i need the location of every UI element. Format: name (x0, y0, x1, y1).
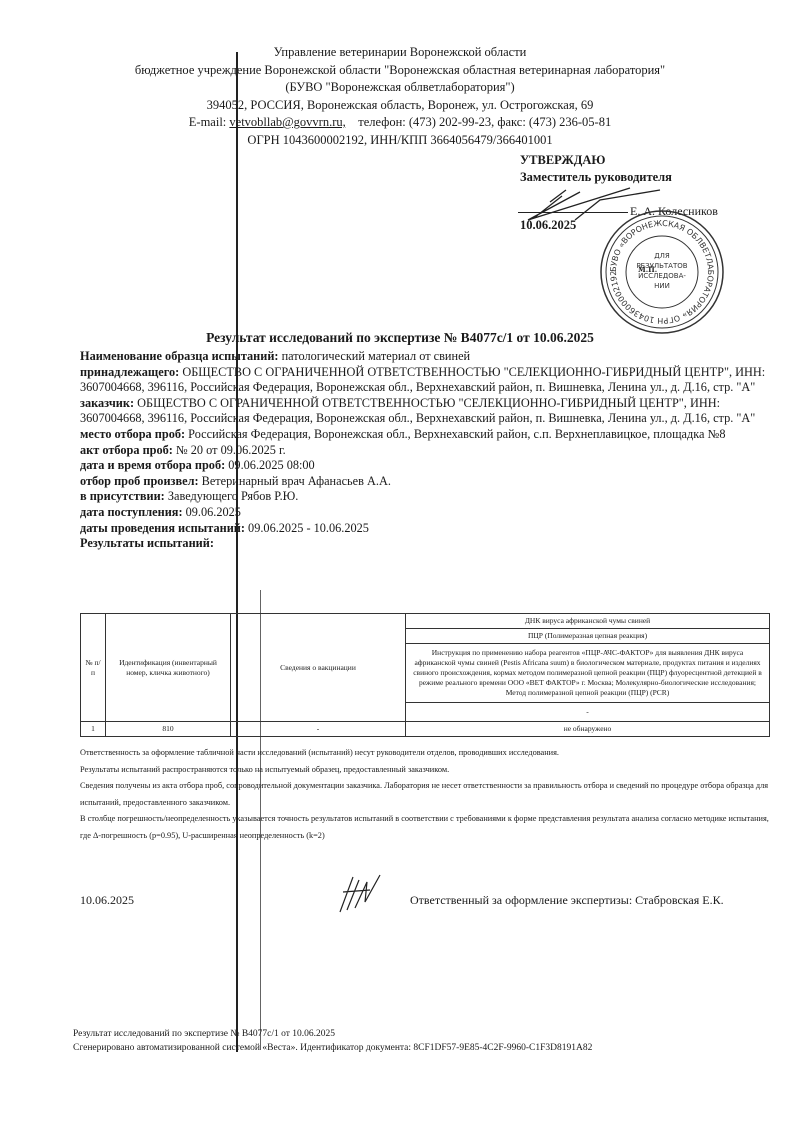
header-registration: ОГРН 1043600002192, ИНН/КПП 3664056479/3… (0, 132, 800, 150)
stamp-center-4: НИИ (654, 282, 670, 290)
scan-artifact-line (236, 52, 238, 1052)
document-footer: Результат исследований по экспертизе № В… (73, 1027, 592, 1055)
email-link[interactable]: vetvobllab@govvrn.ru, (229, 115, 345, 129)
cell-vaccination: - (231, 722, 406, 737)
table-row: 1 810 - не обнаружено (81, 722, 770, 737)
header-indicator: ДНК вируса африканской чумы свиней (406, 614, 770, 629)
cell-id: 810 (106, 722, 231, 737)
field-sampling-act: акт отбора проб: № 20 от 09.06.2025 г. (80, 443, 770, 459)
approval-date: 10.06.2025 (520, 218, 576, 233)
field-receipt-date: дата поступления: 09.06.2025 (80, 505, 770, 521)
cell-no: 1 (81, 722, 106, 737)
field-sampling-place: место отбора проб: Российская Федерация,… (80, 427, 770, 443)
results-table: № п/п Идентификация (инвентарный номер, … (80, 613, 770, 737)
field-sampled-by: отбор проб произвел: Ветеринарный врач А… (80, 474, 770, 490)
header-unit: - (406, 703, 770, 722)
email-label: E-mail: (189, 115, 227, 129)
footer-generated: Сгенерировано автоматизированной системо… (73, 1041, 592, 1055)
notes: Ответственность за оформление табличной … (80, 745, 770, 844)
field-test-dates: даты проведения испытаний: 09.06.2025 - … (80, 521, 770, 537)
field-customer: заказчик: ОБЩЕСТВО С ОГРАНИЧЕННОЙ ОТВЕТС… (80, 396, 770, 427)
field-sample-name: Наименование образца испытаний: патологи… (80, 349, 770, 365)
header-line-3: (БУВО "Воронежская облветлаборатория") (0, 79, 800, 97)
note-3: Сведения получены из акта отбора проб, с… (80, 778, 770, 811)
signoff-date: 10.06.2025 (80, 893, 134, 908)
header-no: № п/п (81, 614, 106, 722)
header-vaccination: Сведения о вакцинации (231, 614, 406, 722)
field-sampling-datetime: дата и время отбора проб: 09.06.2025 08:… (80, 458, 770, 474)
field-in-presence: в присутствии: Заведующего Рябов Р.Ю. (80, 489, 770, 505)
sample-details: Наименование образца испытаний: патологи… (80, 349, 770, 552)
letterhead: Управление ветеринарии Воронежской облас… (0, 44, 800, 149)
header-identification: Идентификация (инвентарный номер, кличка… (106, 614, 231, 722)
field-owner: принадлежащего: ОБЩЕСТВО С ОГРАНИЧЕННОЙ … (80, 365, 770, 396)
stamp-mp: М.П. (638, 265, 657, 274)
phones: телефон: (473) 202-99-23, факс: (473) 23… (358, 115, 611, 129)
note-4: В столбце погрешность/неопределенность у… (80, 811, 770, 844)
field-results-heading: Результаты испытаний: (80, 536, 770, 552)
cell-result: не обнаружено (406, 722, 770, 737)
stamp-center-1: ДЛЯ (654, 252, 670, 260)
approval-title: УТВЕРЖДАЮ (520, 152, 672, 169)
responsible-person: Ответственный за оформление экспертизы: … (410, 893, 724, 908)
responsible-signature-icon (335, 872, 385, 917)
header-method-doc: Инструкция по применению набора реагенто… (406, 644, 770, 703)
official-stamp-icon: БУВО «ВОРОНЕЖСКАЯ ОБЛВЕТЛАБОРАТОРИЯ» ОГР… (598, 208, 726, 336)
footer-reference: Результат исследований по экспертизе № В… (73, 1027, 592, 1041)
note-1: Ответственность за оформление табличной … (80, 745, 770, 762)
header-method: ПЦР (Полимеразная цепная реакция) (406, 629, 770, 644)
header-address: 394052, РОССИЯ, Воронежская область, Вор… (0, 97, 800, 115)
document-title: Результат исследований по экспертизе № В… (0, 330, 800, 346)
note-2: Результаты испытаний распространяются то… (80, 762, 770, 779)
header-contacts: E-mail: vetvobllab@govvrn.ru, телефон: (… (0, 114, 800, 132)
header-line-2: бюджетное учреждение Воронежской области… (0, 62, 800, 80)
header-line-1: Управление ветеринарии Воронежской облас… (0, 44, 800, 62)
